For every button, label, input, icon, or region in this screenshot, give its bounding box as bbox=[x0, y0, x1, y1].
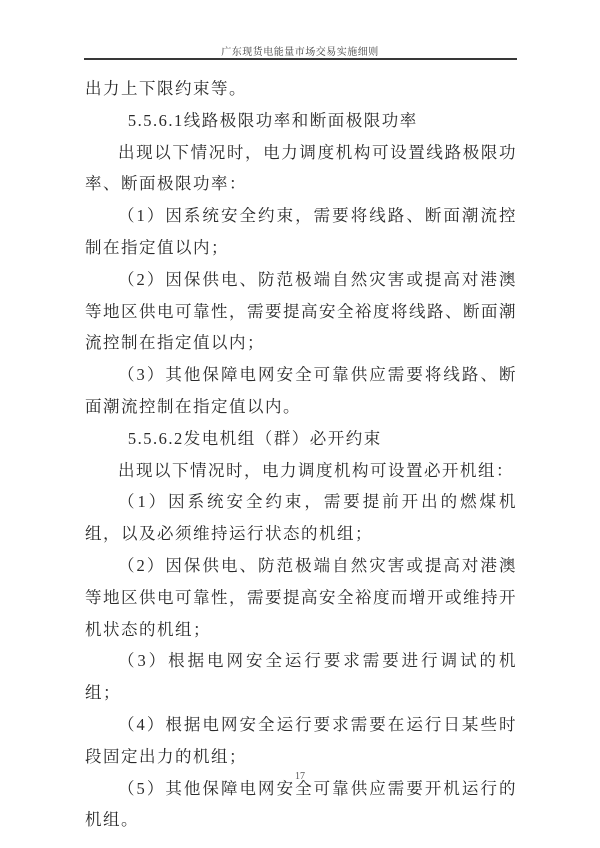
page-number: 17 bbox=[0, 771, 600, 782]
section-heading: 5.5.6.1线路极限功率和断面极限功率 bbox=[85, 105, 517, 137]
paragraph: （3）其他保障电网安全可靠供应需要将线路、断面潮流控制在指定值以内。 bbox=[85, 359, 517, 423]
paragraph: （4）根据电网安全运行要求需要在运行日某些时段固定出力的机组； bbox=[85, 709, 517, 773]
paragraph: （1）因系统安全约束，需要提前开出的燃煤机组，以及必须维持运行状态的机组； bbox=[85, 486, 517, 550]
header-rule bbox=[84, 58, 517, 60]
paragraph: （2）因保供电、防范极端自然灾害或提高对港澳等地区供电可靠性，需要提高安全裕度而… bbox=[85, 550, 517, 645]
paragraph: （3）根据电网安全运行要求需要进行调试的机组； bbox=[85, 645, 517, 709]
paragraph: （2）因保供电、防范极端自然灾害或提高对港澳等地区供电可靠性，需要提高安全裕度将… bbox=[85, 264, 517, 359]
paragraph: 出现以下情况时，电力调度机构可设置必开机组： bbox=[85, 455, 517, 487]
paragraph: （1）因系统安全约束，需要将线路、断面潮流控制在指定值以内； bbox=[85, 200, 517, 264]
paragraph: 出现以下情况时，电力调度机构可设置线路极限功率、断面极限功率： bbox=[85, 137, 517, 201]
section-heading: 5.5.6.2发电机组（群）必开约束 bbox=[85, 423, 517, 455]
document-body: 出力上下限约束等。5.5.6.1线路极限功率和断面极限功率出现以下情况时，电力调… bbox=[85, 73, 517, 836]
page-header-title: 广东现货电能量市场交易实施细则 bbox=[0, 43, 600, 58]
document-page: 广东现货电能量市场交易实施细则 出力上下限约束等。5.5.6.1线路极限功率和断… bbox=[0, 0, 600, 848]
paragraph: （5）其他保障电网安全可靠供应需要开机运行的机组。 bbox=[85, 773, 517, 837]
paragraph: 出力上下限约束等。 bbox=[85, 73, 517, 105]
